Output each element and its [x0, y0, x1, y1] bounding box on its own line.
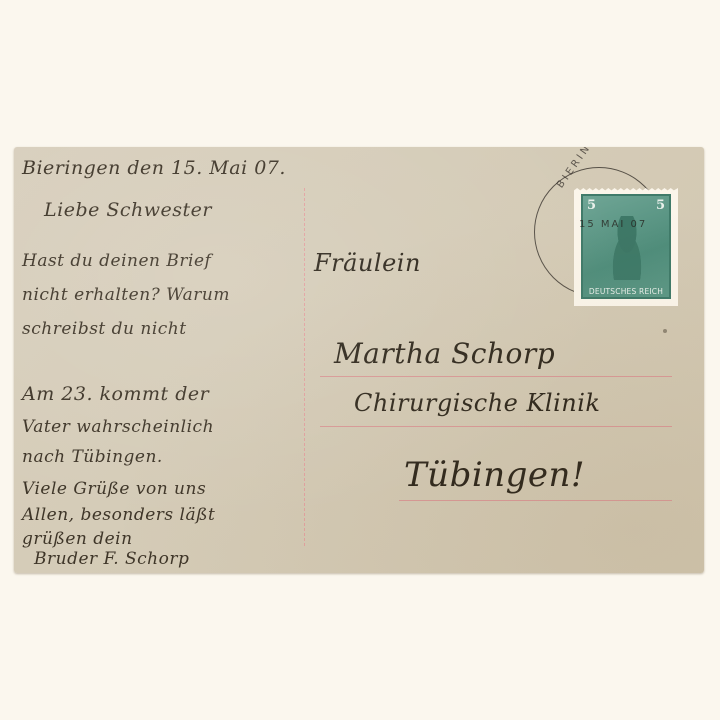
address-ruling: [320, 426, 672, 427]
salutation: Liebe Schwester: [44, 199, 212, 221]
message-line: Vater wahrscheinlich: [22, 417, 214, 437]
stamp-value-right: 5: [656, 198, 665, 213]
postcard: Bieringen den 15. Mai 07. Liebe Schweste…: [14, 147, 704, 573]
message-line: nach Tübingen.: [22, 447, 163, 467]
paper-spot: [663, 329, 667, 333]
message-line: Am 23. kommt der: [22, 383, 209, 405]
address-city: Tübingen!: [404, 455, 585, 495]
place-date-line: Bieringen den 15. Mai 07.: [22, 157, 286, 179]
center-divider-line: [304, 188, 305, 546]
message-line: Viele Grüße von uns: [22, 479, 206, 499]
postage-stamp: 5 5 DEUTSCHES REICH: [574, 188, 678, 306]
message-line: Hast du deinen Brief: [22, 251, 211, 271]
stamp-label: DEUTSCHES REICH: [583, 287, 669, 296]
address-ruling: [320, 376, 672, 377]
message-line: schreibst du nicht: [22, 319, 187, 339]
address-salutation: Fräulein: [314, 249, 421, 277]
address-institution: Chirurgische Klinik: [354, 389, 600, 417]
address-ruling: [399, 500, 672, 501]
postmark-date: 15 MAI 07: [579, 219, 647, 230]
postmark-place: BIERINGEN: [555, 147, 611, 190]
signature: Bruder F. Schorp: [34, 549, 189, 569]
message-line: grüßen dein: [22, 529, 133, 549]
address-name: Martha Schorp: [334, 337, 555, 370]
message-line: Allen, besonders läßt: [22, 505, 215, 525]
message-line: nicht erhalten? Warum: [22, 285, 230, 305]
stamp-value-left: 5: [587, 198, 596, 213]
